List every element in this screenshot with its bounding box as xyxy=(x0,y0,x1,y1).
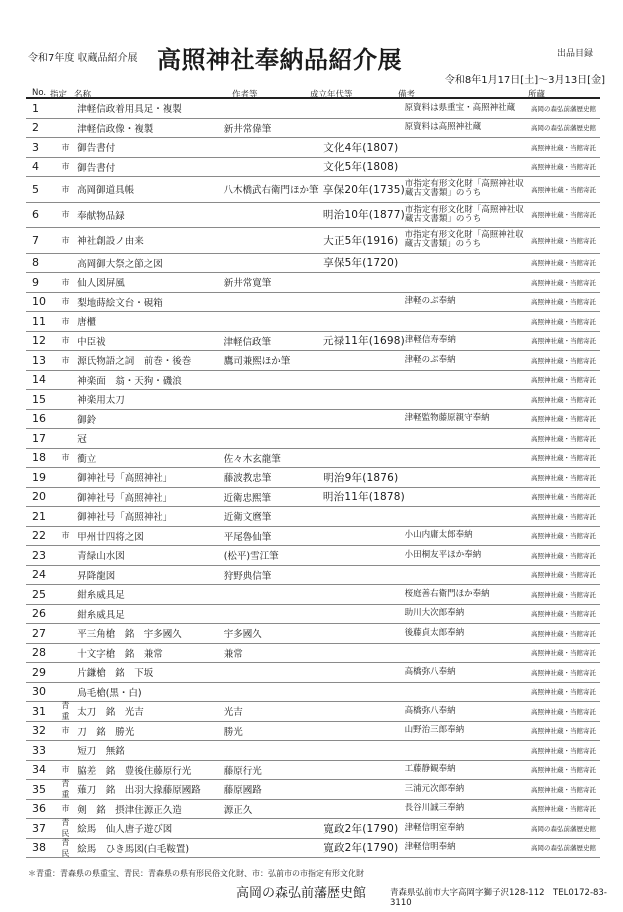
owner-cell: 高照神社蔵・当館寄託 xyxy=(531,375,600,384)
owner-cell: 高照神社蔵・当館寄託 xyxy=(531,395,600,404)
designation-cell: 市 xyxy=(58,296,73,307)
item-name-cell: 津軽信政像・複製 xyxy=(77,121,224,135)
date-cell: 享保20年(1735) xyxy=(323,182,405,197)
table-row: 14神楽面 翁・天狗・磯浪高照神社蔵・当館寄託 xyxy=(26,371,600,391)
owner-cell: 高照神社蔵・当館寄託 xyxy=(531,531,600,540)
table-row: 23青緑山水図(松平)雪江筆小田桐友平ほか奉納高照神社蔵・当館寄託 xyxy=(26,546,600,566)
table-row: 36市剣 銘 摂津住源正久造源正久長谷川誠三奉納高照神社蔵・当館寄託 xyxy=(26,800,600,820)
author-cell: 近衛文麿筆 xyxy=(224,509,324,523)
note-cell: 山野治三郎奉納 xyxy=(405,726,531,735)
item-number-cell: 18 xyxy=(26,451,58,464)
item-number-cell: 7 xyxy=(26,234,58,247)
table-row: 9市仙人図屏風新井常寛筆高照神社蔵・当館寄託 xyxy=(26,273,600,293)
item-name-cell: 神楽面 翁・天狗・磯浪 xyxy=(77,373,224,387)
designation-cell: 市 xyxy=(58,277,73,288)
table-row: 33短刀 無銘高照神社蔵・当館寄託 xyxy=(26,741,600,761)
item-name-cell: 昇降龍図 xyxy=(77,568,224,582)
page-title: 高照神社奉納品紹介展 xyxy=(157,40,402,75)
author-cell: 佐々木玄龍筆 xyxy=(224,451,324,465)
author-cell: 光吉 xyxy=(224,704,324,718)
item-name-cell: 剣 銘 摂津住源正久造 xyxy=(77,802,224,816)
item-name-cell: 短刀 無銘 xyxy=(77,743,224,757)
item-name-cell: 仙人図屏風 xyxy=(77,275,224,289)
table-row: 21御神社号「高照神社」近衛文麿筆高照神社蔵・当館寄託 xyxy=(26,507,600,527)
item-name-cell: 絵馬 ひき馬図(白毛鞍置) xyxy=(77,841,224,855)
table-row: 10市梨地蒔絵文台・硯箱津軽のぶ奉納高照神社蔵・当館寄託 xyxy=(26,293,600,313)
item-name-cell: 津軽信政着用具足・複製 xyxy=(77,101,224,115)
author-cell: 兼常 xyxy=(224,646,324,660)
owner-cell: 高照神社蔵・当館寄託 xyxy=(531,609,600,618)
table-row: 7市神社創設ノ由来大正5年(1916)市指定有形文化財「高照神社収蔵古文書類」の… xyxy=(26,228,600,254)
owner-cell: 高岡の森弘前藩歴史館 xyxy=(531,123,600,132)
item-name-cell: 高岡御大祭之節之図 xyxy=(77,256,224,270)
owner-cell: 高照神社蔵・当館寄託 xyxy=(531,162,600,171)
owner-cell: 高照神社蔵・当館寄託 xyxy=(531,648,600,657)
author-cell: 鷹司兼熙ほか筆 xyxy=(224,353,324,367)
item-number-cell: 35 xyxy=(26,783,58,796)
date-cell: 大正5年(1916) xyxy=(323,233,404,248)
designation-cell: 青民 xyxy=(58,837,73,859)
note-cell: 高橋弥八奉納 xyxy=(405,707,531,716)
item-name-cell: 甲州廿四将之図 xyxy=(77,529,224,543)
item-name-cell: 神楽用太刀 xyxy=(77,392,224,406)
table-row: 25紺糸威具足桜庭善右衛門ほか奉納高照神社蔵・当館寄託 xyxy=(26,585,600,605)
date-cell: 明治10年(1877) xyxy=(323,207,405,222)
note-cell: 小山内庸太郎奉納 xyxy=(405,531,531,540)
designation-cell: 市 xyxy=(58,530,73,541)
item-number-cell: 17 xyxy=(26,432,58,445)
note-cell: 津軽のぶ奉納 xyxy=(405,356,531,365)
table-row: 32市刀 銘 勝光勝光山野治三郎奉納高照神社蔵・当館寄託 xyxy=(26,722,600,742)
author-cell: 狩野典信筆 xyxy=(224,568,324,582)
table-row: 6市奉献物品録明治10年(1877)市指定有形文化財「高照神社収蔵古文書類」のう… xyxy=(26,203,600,229)
exhibition-subtitle: 令和7年度 収蔵品紹介展 xyxy=(28,49,138,64)
table-row: 17冠高照神社蔵・当館寄託 xyxy=(26,429,600,449)
item-name-cell: 片鎌槍 銘 下坂 xyxy=(77,665,224,679)
owner-cell: 高照神社蔵・当館寄託 xyxy=(531,629,600,638)
date-cell: 寛政2年(1790) xyxy=(323,840,404,855)
author-cell: 新井常寛筆 xyxy=(224,275,324,289)
item-name-cell: 衝立 xyxy=(77,451,224,465)
designation-cell: 青重 xyxy=(58,700,73,722)
item-name-cell: 冠 xyxy=(77,431,224,445)
table-row: 28十文字槍 銘 兼常兼常高照神社蔵・当館寄託 xyxy=(26,644,600,664)
item-number-cell: 8 xyxy=(26,256,58,269)
item-number-cell: 16 xyxy=(26,412,58,425)
date-cell: 享保5年(1720) xyxy=(323,255,404,270)
item-number-cell: 13 xyxy=(26,354,58,367)
item-name-cell: 紺糸威具足 xyxy=(77,587,224,601)
item-name-cell: 源氏物語之詞 前巻・後巻 xyxy=(77,353,224,367)
owner-cell: 高照神社蔵・当館寄託 xyxy=(531,336,600,345)
owner-cell: 高照神社蔵・当館寄託 xyxy=(531,143,600,152)
designation-cell: 市 xyxy=(58,452,73,463)
item-number-cell: 33 xyxy=(26,744,58,757)
designation-cell: 市 xyxy=(58,235,73,246)
item-number-cell: 6 xyxy=(26,208,58,221)
author-cell: 近衛忠熙筆 xyxy=(223,490,322,504)
item-number-cell: 37 xyxy=(26,822,58,835)
note-cell: 原資料は高照神社蔵 xyxy=(405,123,531,132)
item-name-cell: 太刀 銘 光吉 xyxy=(77,704,224,718)
owner-cell: 高照神社蔵・当館寄託 xyxy=(531,236,600,245)
designation-cell: 市 xyxy=(58,184,73,195)
owner-cell: 高照神社蔵・当館寄託 xyxy=(531,590,600,599)
item-number-cell: 2 xyxy=(26,121,58,134)
item-name-cell: 唐櫃 xyxy=(77,314,224,328)
date-cell: 文化5年(1808) xyxy=(323,159,404,174)
owner-cell: 高照神社蔵・当館寄託 xyxy=(531,726,600,735)
item-name-cell: 刀 銘 勝光 xyxy=(77,724,224,738)
note-cell: 市指定有形文化財「高照神社収蔵古文書類」のうち xyxy=(405,231,531,249)
table-row: 20御神社号「高照神社」近衛忠熙筆明治11年(1878)高照神社蔵・当館寄託 xyxy=(26,488,600,508)
item-name-cell: 御神社号「高照神社」 xyxy=(77,509,224,523)
item-number-cell: 30 xyxy=(26,685,58,698)
table-row: 8高岡御大祭之節之図享保5年(1720)高照神社蔵・当館寄託 xyxy=(26,254,600,274)
note-cell: 市指定有形文化財「高照神社収蔵古文書類」のうち xyxy=(405,180,531,198)
owner-cell: 高照神社蔵・当館寄託 xyxy=(531,668,600,677)
item-number-cell: 23 xyxy=(26,549,58,562)
author-cell: 八木橋武右衛門ほか筆 xyxy=(223,182,322,196)
owner-cell: 高照神社蔵・当館寄託 xyxy=(531,512,600,521)
item-number-cell: 1 xyxy=(26,102,58,115)
item-number-cell: 3 xyxy=(26,141,58,154)
item-number-cell: 15 xyxy=(26,393,58,406)
owner-cell: 高照神社蔵・当館寄託 xyxy=(531,746,600,755)
table-row: 11市唐櫃高照神社蔵・当館寄託 xyxy=(26,312,600,332)
owner-cell: 高照神社蔵・当館寄託 xyxy=(531,473,600,482)
table-row: 31青重太刀 銘 光吉光吉高橋弥八奉納高照神社蔵・当館寄託 xyxy=(26,702,600,722)
item-name-cell: 御神社号「高照神社」 xyxy=(77,470,224,484)
owner-cell: 高照神社蔵・当館寄託 xyxy=(531,317,600,326)
date-cell: 元禄11年(1698) xyxy=(323,333,405,348)
owner-cell: 高照神社蔵・当館寄託 xyxy=(531,687,600,696)
table-row: 27平三角槍 銘 宇多國久宇多國久後藤貞太郎奉納高照神社蔵・当館寄託 xyxy=(26,624,600,644)
item-number-cell: 36 xyxy=(26,802,58,815)
date-cell: 寛政2年(1790) xyxy=(323,821,404,836)
item-number-cell: 25 xyxy=(26,588,58,601)
owner-cell: 高照神社蔵・当館寄託 xyxy=(531,765,600,774)
item-number-cell: 28 xyxy=(26,646,58,659)
owner-cell: 高照神社蔵・当館寄託 xyxy=(531,434,600,443)
table-row: 12市中臣祓津軽信政筆元禄11年(1698)津軽信寿奉納高照神社蔵・当館寄託 xyxy=(26,332,600,352)
note-cell: 津軽信明奉納 xyxy=(405,843,531,852)
author-cell: 勝光 xyxy=(224,724,324,738)
table-row: 29片鎌槍 銘 下坂高橋弥八奉納高照神社蔵・当館寄託 xyxy=(26,663,600,683)
item-number-cell: 31 xyxy=(26,705,58,718)
item-number-cell: 5 xyxy=(26,183,58,196)
table-row: 24昇降龍図狩野典信筆高照神社蔵・当館寄託 xyxy=(26,566,600,586)
item-number-cell: 10 xyxy=(26,295,58,308)
note-cell: 長谷川誠三奉納 xyxy=(405,804,531,813)
author-cell: 新井常偉筆 xyxy=(224,121,324,135)
item-number-cell: 34 xyxy=(26,763,58,776)
date-cell: 明治11年(1878) xyxy=(323,489,405,504)
item-number-cell: 26 xyxy=(26,607,58,620)
note-cell: 津軽信寿奉納 xyxy=(405,336,531,345)
author-cell: 藤波教忠筆 xyxy=(224,470,324,484)
designation-cell: 市 xyxy=(58,161,73,172)
table-row: 15神楽用太刀高照神社蔵・当館寄託 xyxy=(26,390,600,410)
item-name-cell: 青緑山水図 xyxy=(77,548,224,562)
note-cell: 三浦元次郎奉納 xyxy=(405,785,531,794)
author-cell: 藤原行光 xyxy=(224,763,324,777)
note-cell: 高橋弥八奉納 xyxy=(405,668,531,677)
item-number-cell: 22 xyxy=(26,529,58,542)
author-cell: 津軽信政筆 xyxy=(223,334,322,348)
note-cell: 助川大次郎奉納 xyxy=(405,609,531,618)
exhibition-period: 令和8年1月17日[土]～3月13日[金] xyxy=(445,71,605,86)
owner-cell: 高照神社蔵・当館寄託 xyxy=(531,570,600,579)
note-cell: 後藤貞太郎奉納 xyxy=(405,629,531,638)
item-number-cell: 21 xyxy=(26,510,58,523)
owner-cell: 高照神社蔵・当館寄託 xyxy=(531,785,600,794)
designation-cell: 青重 xyxy=(58,778,73,800)
table-row: 30鳥毛槍(黒・白)高照神社蔵・当館寄託 xyxy=(26,683,600,703)
item-number-cell: 4 xyxy=(26,160,58,173)
note-cell: 津軽監物藤原親守奉納 xyxy=(405,414,531,423)
table-row: 38青民絵馬 ひき馬図(白毛鞍置)寛政2年(1790)津軽信明奉納高岡の森弘前藩… xyxy=(26,839,600,859)
author-cell: 藤原國路 xyxy=(224,782,324,796)
item-name-cell: 御鈴 xyxy=(77,412,224,426)
table-row: 4市御告書付文化5年(1808)高照神社蔵・当館寄託 xyxy=(26,158,600,178)
owner-cell: 高照神社蔵・当館寄託 xyxy=(531,492,600,501)
item-number-cell: 14 xyxy=(26,373,58,386)
note-cell: 市指定有形文化財「高照神社収蔵古文書類」のうち xyxy=(405,206,531,224)
footnote: ＊青重：青森県の県重宝、青民：青森県の県有形民俗文化財、市：弘前市の市指定有形文… xyxy=(28,868,364,879)
date-cell: 文化4年(1807) xyxy=(323,140,404,155)
item-number-cell: 24 xyxy=(26,568,58,581)
item-name-cell: 神社創設ノ由来 xyxy=(77,233,224,247)
table-row: 22市甲州廿四将之図平尾魯仙筆小山内庸太郎奉納高照神社蔵・当館寄託 xyxy=(26,527,600,547)
item-name-cell: 御神社号「高照神社」 xyxy=(77,490,223,504)
note-cell: 原資料は県重宝・高照神社蔵 xyxy=(405,104,531,113)
table-row: 35青重薙刀 銘 出羽大掾藤原國路藤原國路三浦元次郎奉納高照神社蔵・当館寄託 xyxy=(26,780,600,800)
item-number-cell: 11 xyxy=(26,315,58,328)
table-row: 16御鈴津軽監物藤原親守奉納高照神社蔵・当館寄託 xyxy=(26,410,600,430)
item-name-cell: 梨地蒔絵文台・硯箱 xyxy=(77,295,224,309)
item-name-cell: 脇差 銘 豊後住藤原行光 xyxy=(77,763,224,777)
table-row: 3市御告書付文化4年(1807)高照神社蔵・当館寄託 xyxy=(26,138,600,158)
item-name-cell: 中臣祓 xyxy=(77,334,223,348)
item-number-cell: 19 xyxy=(26,471,58,484)
document-label: 出品目録 xyxy=(557,46,593,59)
item-number-cell: 38 xyxy=(26,841,58,854)
designation-cell: 市 xyxy=(58,725,73,736)
owner-cell: 高照神社蔵・当館寄託 xyxy=(531,804,600,813)
item-number-cell: 32 xyxy=(26,724,58,737)
owner-cell: 高岡の森弘前藩歴史館 xyxy=(531,824,600,833)
author-cell: 平尾魯仙筆 xyxy=(224,529,324,543)
designation-cell: 市 xyxy=(58,803,73,814)
author-cell: 源正久 xyxy=(224,802,324,816)
table-row: 34市脇差 銘 豊後住藤原行光藤原行光工藤静観奉納高照神社蔵・当館寄託 xyxy=(26,761,600,781)
table-row: 19御神社号「高照神社」藤波教忠筆明治9年(1876)高照神社蔵・当館寄託 xyxy=(26,468,600,488)
item-name-cell: 奉献物品録 xyxy=(77,208,223,222)
designation-cell: 市 xyxy=(58,316,73,327)
item-name-cell: 御告書付 xyxy=(77,140,224,154)
table-row: 37青民絵馬 仙人唐子遊び図寛政2年(1790)津軽信明室奉納高岡の森弘前藩歴史… xyxy=(26,819,600,839)
owner-cell: 高照神社蔵・当館寄託 xyxy=(531,356,600,365)
owner-cell: 高照神社蔵・当館寄託 xyxy=(531,210,600,219)
note-cell: 津軽信明室奉納 xyxy=(405,824,531,833)
owner-cell: 高岡の森弘前藩歴史館 xyxy=(531,104,600,113)
item-number-cell: 27 xyxy=(26,627,58,640)
item-name-cell: 紺糸威具足 xyxy=(77,607,224,621)
owner-cell: 高照神社蔵・当館寄託 xyxy=(531,551,600,560)
exhibit-list-table: 1津軽信政着用具足・複製原資料は県重宝・高照神社蔵高岡の森弘前藩歴史館2津軽信政… xyxy=(26,99,600,858)
owner-cell: 高照神社蔵・当館寄託 xyxy=(531,258,600,267)
designation-cell: 市 xyxy=(58,335,73,346)
owner-cell: 高照神社蔵・当館寄託 xyxy=(531,278,600,287)
item-name-cell: 御告書付 xyxy=(77,160,224,174)
item-name-cell: 平三角槍 銘 宇多國久 xyxy=(77,626,224,640)
note-cell: 小田桐友平ほか奉納 xyxy=(405,551,531,560)
table-row: 5市高岡御道具帳八木橋武右衛門ほか筆享保20年(1735)市指定有形文化財「高照… xyxy=(26,177,600,203)
museum-name: 高岡の森弘前藩歴史館 xyxy=(236,882,366,901)
designation-cell: 市 xyxy=(58,764,73,775)
item-name-cell: 絵馬 仙人唐子遊び図 xyxy=(77,821,224,835)
item-number-cell: 20 xyxy=(26,490,58,503)
owner-cell: 高岡の森弘前藩歴史館 xyxy=(531,843,600,852)
item-number-cell: 29 xyxy=(26,666,58,679)
note-cell: 津軽のぶ奉納 xyxy=(405,297,531,306)
item-name-cell: 十文字槍 銘 兼常 xyxy=(77,646,224,660)
museum-address: 青森県弘前市大字高岡字獅子沢128-112 TEL0172-83-3110 xyxy=(390,886,623,908)
item-number-cell: 12 xyxy=(26,334,58,347)
owner-cell: 高照神社蔵・当館寄託 xyxy=(531,297,600,306)
owner-cell: 高照神社蔵・当館寄託 xyxy=(531,414,600,423)
table-row: 2津軽信政像・複製新井常偉筆原資料は高照神社蔵高岡の森弘前藩歴史館 xyxy=(26,119,600,139)
designation-cell: 市 xyxy=(58,355,73,366)
author-cell: 宇多國久 xyxy=(224,626,324,640)
table-row: 1津軽信政着用具足・複製原資料は県重宝・高照神社蔵高岡の森弘前藩歴史館 xyxy=(26,99,600,119)
note-cell: 桜庭善右衛門ほか奉納 xyxy=(405,590,531,599)
table-row: 18市衝立佐々木玄龍筆高照神社蔵・当館寄託 xyxy=(26,449,600,469)
owner-cell: 高照神社蔵・当館寄託 xyxy=(531,185,600,194)
table-row: 26紺糸威具足助川大次郎奉納高照神社蔵・当館寄託 xyxy=(26,605,600,625)
owner-cell: 高照神社蔵・当館寄託 xyxy=(531,453,600,462)
note-cell: 工藤静観奉納 xyxy=(405,765,531,774)
owner-cell: 高照神社蔵・当館寄託 xyxy=(531,707,600,716)
item-name-cell: 鳥毛槍(黒・白) xyxy=(77,685,224,699)
author-cell: (松平)雪江筆 xyxy=(224,548,324,562)
item-name-cell: 高岡御道具帳 xyxy=(77,182,223,196)
item-number-cell: 9 xyxy=(26,276,58,289)
table-row: 13市源氏物語之詞 前巻・後巻鷹司兼熙ほか筆津軽のぶ奉納高照神社蔵・当館寄託 xyxy=(26,351,600,371)
designation-cell: 市 xyxy=(58,142,73,153)
date-cell: 明治9年(1876) xyxy=(323,470,404,485)
designation-cell: 市 xyxy=(58,209,73,220)
item-name-cell: 薙刀 銘 出羽大掾藤原國路 xyxy=(77,782,224,796)
